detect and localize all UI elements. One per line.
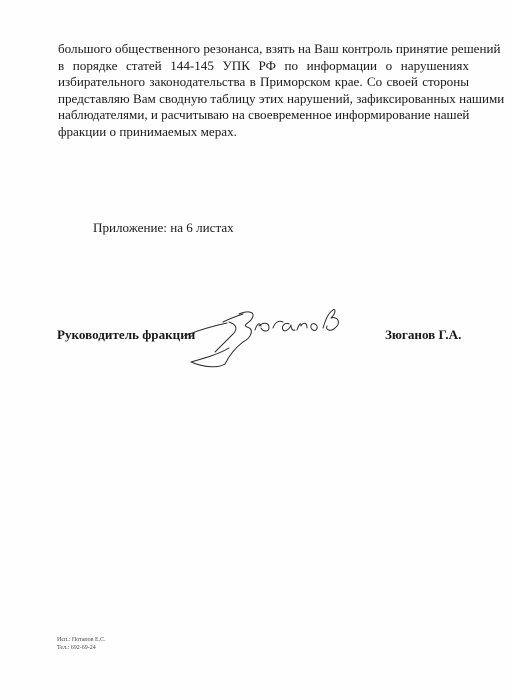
body-line: наблюдателями, и расчитываю на своевреме… [58, 107, 469, 124]
attachment-note: Приложение: на 6 листах [93, 220, 234, 236]
body-line: большого общественного резонанса, взять … [58, 41, 469, 58]
body-line: представляю Вам сводную таблицу этих нар… [58, 91, 469, 108]
executor-name: Исп.: Потапов Е.С. [57, 636, 106, 644]
body-line: избирательного законодательства в Примор… [58, 74, 469, 91]
signatory-title: Руководитель фракции [57, 327, 195, 343]
document-page: большого общественного резонанса, взять … [0, 0, 512, 700]
body-line: в порядке статей 144-145 УПК РФ по инфор… [58, 58, 469, 75]
body-line: фракции о принимаемых мерах. [58, 124, 469, 141]
handwritten-signature-icon [185, 292, 375, 372]
signatory-name: Зюганов Г.А. [385, 327, 461, 343]
letter-body: большого общественного резонанса, взять … [58, 41, 469, 141]
executor-footer: Исп.: Потапов Е.С. Тел.: 692-69-24 [57, 636, 106, 652]
executor-phone: Тел.: 692-69-24 [57, 644, 106, 652]
